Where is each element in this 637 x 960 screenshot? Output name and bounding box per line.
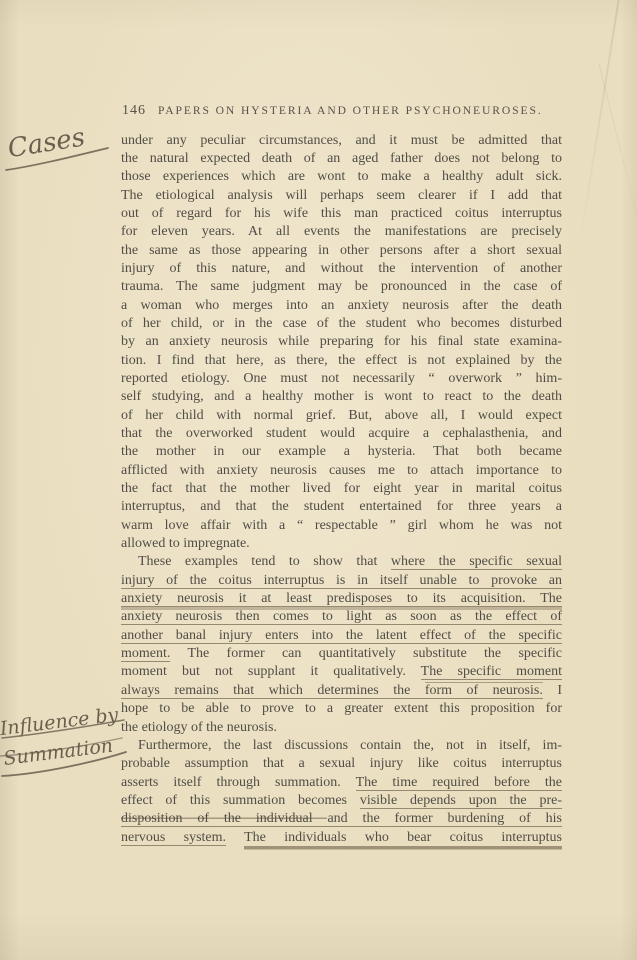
- pencil-underlined-text: anxiety neurosis then comes to light as …: [121, 609, 562, 625]
- text-line: the same as those appearing in other per…: [121, 242, 562, 260]
- text-line: under any peculiar circumstances, and it…: [121, 132, 562, 150]
- text-segment: hope to be able to prove to a greater ex…: [121, 701, 562, 716]
- text-line: probable assumption that a sexual injury…: [121, 755, 562, 773]
- text-segment: Furthermore, the last discussions contai…: [138, 738, 562, 753]
- text-segment: those experiences which are wont to make…: [121, 169, 562, 184]
- text-line: allowed to impregnate.: [121, 535, 562, 553]
- text-line: nervous system. The individuals who bear…: [121, 829, 562, 847]
- text-segment: trauma. The same judgment may be pronoun…: [121, 279, 562, 294]
- text-line: injury of the coitus interruptus is in i…: [121, 572, 562, 590]
- text-segment: reported etiology. One must not necessar…: [121, 371, 562, 386]
- text-line: tion. I find that here, as there, the ef…: [121, 352, 562, 370]
- text-segment: the same as those appearing in other per…: [121, 243, 562, 258]
- text-line: moment but not supplant it qualitatively…: [121, 663, 562, 681]
- text-line: always remains that which determines the…: [121, 682, 562, 700]
- pencil-underlined-text: injury of the coitus interruptus is in i…: [121, 573, 562, 589]
- text-segment: the mother in our example a hysteria. Th…: [121, 444, 562, 459]
- paper-crease: [599, 64, 637, 317]
- text-segment: probable assumption that a sexual injury…: [121, 756, 562, 771]
- text-line: anxiety neurosis then comes to light as …: [121, 608, 562, 626]
- text-segment: I: [543, 683, 562, 698]
- text-segment: injury of this nature, and without the i…: [121, 261, 562, 276]
- text-line: disposition of the individual and the fo…: [121, 810, 562, 828]
- pencil-underlined-text: The specific moment: [421, 664, 562, 680]
- pencil-underlined-text: moment.: [121, 646, 170, 662]
- running-title: PAPERS ON HYSTERIA AND OTHER PSYCHONEURO…: [158, 104, 543, 117]
- text-segment: for eleven years. At all events the mani…: [121, 224, 562, 239]
- text-line: the etiology of the neurosis.: [121, 719, 562, 737]
- pencil-underlined-text: nervous system.: [121, 830, 226, 846]
- pencil-underlined-text: and the former burdening of his: [327, 811, 562, 827]
- text-segment: tion. I find that here, as there, the ef…: [121, 353, 562, 368]
- handwritten-note-summation-text: Summation: [2, 735, 114, 770]
- text-line: effect of this summation becomes visible…: [121, 792, 562, 810]
- text-line: trauma. The same judgment may be pronoun…: [121, 278, 562, 296]
- text-segment: asserts itself through summation.: [121, 775, 356, 790]
- text-segment: allowed to impregnate.: [121, 536, 250, 551]
- pencil-underlined-text: where the specific sexual: [391, 554, 562, 570]
- text-line: for eleven years. At all events the mani…: [121, 223, 562, 241]
- text-line: those experiences which are wont to make…: [121, 168, 562, 186]
- scan-page: 146PAPERS ON HYSTERIA AND OTHER PSYCHONE…: [0, 0, 637, 960]
- text-segment: a woman who merges into an anxiety neuro…: [121, 298, 562, 313]
- pencil-underlined-text: anxiety neurosis it at least predisposes…: [121, 591, 562, 607]
- text-line: asserts itself through summation. The ti…: [121, 774, 562, 792]
- text-segment: afflicted with anxiety neurosis causes m…: [121, 463, 562, 478]
- text-segment: These examples tend to show that: [138, 554, 391, 569]
- text-line: afflicted with anxiety neurosis causes m…: [121, 462, 562, 480]
- text-segment: of her child, or in the case of the stud…: [121, 316, 562, 331]
- text-line: interruptus, and that the student entert…: [121, 498, 562, 516]
- text-line: the fact that the mother lived for eight…: [121, 480, 562, 498]
- text-line: the natural expected death of an aged fa…: [121, 150, 562, 168]
- text-segment: the fact that the mother lived for eight…: [121, 481, 562, 496]
- handwritten-note-summation: Influence by Summation: [0, 692, 128, 794]
- page-number: 146: [122, 103, 146, 118]
- body-text: under any peculiar circumstances, and it…: [121, 132, 562, 847]
- text-segment: [226, 830, 244, 845]
- handwritten-note-cases-text: Cases: [6, 122, 87, 164]
- pencil-underlined-text: another banal injury enters into the lat…: [121, 628, 562, 644]
- text-line: a woman who merges into an anxiety neuro…: [121, 297, 562, 315]
- text-line: The etiological analysis will perhaps se…: [121, 187, 562, 205]
- text-line: warm love affair with a “ respectable ” …: [121, 517, 562, 535]
- text-segment: The former can quantitatively substitute…: [170, 646, 562, 661]
- text-segment: of her child with normal grief. But, abo…: [121, 408, 562, 423]
- text-line: by an anxiety neurosis while preparing f…: [121, 333, 562, 351]
- text-line: These examples tend to show that where t…: [121, 553, 562, 571]
- text-line: of her child with normal grief. But, abo…: [121, 407, 562, 425]
- text-segment: the natural expected death of an aged fa…: [121, 151, 562, 166]
- pencil-underlined-text: always remains that which determines the: [121, 683, 425, 699]
- text-line: Furthermore, the last discussions contai…: [121, 737, 562, 755]
- text-segment: out of regard for his wife this man prac…: [121, 206, 562, 221]
- text-line: the mother in our example a hysteria. Th…: [121, 443, 562, 461]
- text-segment: effect of this summation becomes: [121, 793, 360, 808]
- text-line: anxiety neurosis it at least predisposes…: [121, 590, 562, 608]
- text-segment: under any peculiar circumstances, and it…: [121, 133, 562, 148]
- handwritten-note-cases: Cases: [0, 110, 120, 182]
- text-line: self studying, and a healthy mother is w…: [121, 388, 562, 406]
- pencil-underlined-text: form of neurosis.: [425, 682, 543, 699]
- text-line: reported etiology. One must not necessar…: [121, 370, 562, 388]
- text-segment: The etiological analysis will perhaps se…: [121, 188, 562, 203]
- handwritten-note-influence-text: Influence by: [0, 704, 120, 740]
- text-segment: self studying, and a healthy mother is w…: [121, 389, 562, 404]
- text-segment: the etiology of the neurosis.: [121, 720, 277, 735]
- text-segment: interruptus, and that the student entert…: [121, 499, 562, 514]
- text-line: moment. The former can quantitatively su…: [121, 645, 562, 663]
- text-line: hope to be able to prove to a greater ex…: [121, 700, 562, 718]
- pencil-underlined-text: visible depends upon the pre-: [360, 793, 562, 809]
- text-segment: by an anxiety neurosis while preparing f…: [121, 334, 562, 349]
- text-line: of her child, or in the case of the stud…: [121, 315, 562, 333]
- pencil-underlined-text: The time required before the: [356, 775, 562, 791]
- paper-crease: [574, 0, 623, 278]
- text-line: out of regard for his wife this man prac…: [121, 205, 562, 223]
- text-segment: moment but not supplant it qualitatively…: [121, 664, 421, 679]
- text-segment: warm love affair with a “ respectable ” …: [121, 518, 562, 533]
- text-line: that the overworked student would acquir…: [121, 425, 562, 443]
- pencil-underlined-text: disposition of the individual: [121, 811, 327, 827]
- text-line: another banal injury enters into the lat…: [121, 627, 562, 645]
- page-header: 146PAPERS ON HYSTERIA AND OTHER PSYCHONE…: [122, 101, 564, 119]
- text-segment: that the overworked student would acquir…: [121, 426, 562, 441]
- text-line: injury of this nature, and without the i…: [121, 260, 562, 278]
- pencil-underlined-text: The individuals who bear coitus interrup…: [244, 830, 562, 846]
